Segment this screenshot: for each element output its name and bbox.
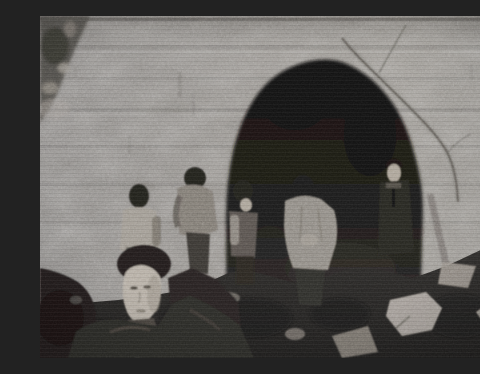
photo-canvas	[40, 16, 480, 358]
newspaper-photo	[40, 16, 480, 358]
film-grain	[40, 16, 480, 358]
